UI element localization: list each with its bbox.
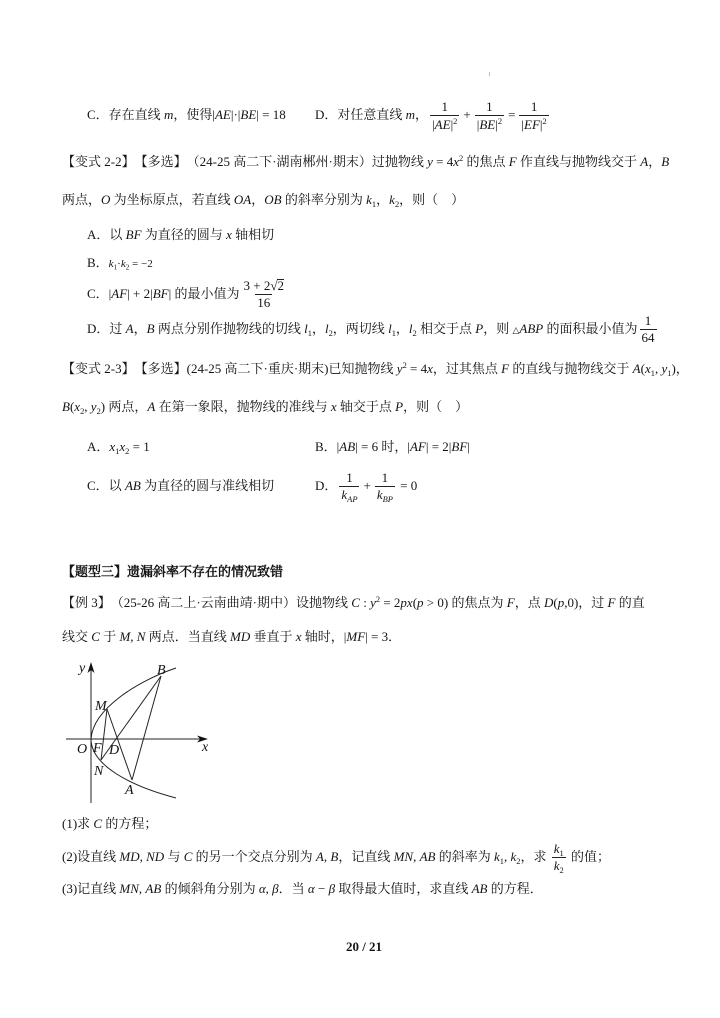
subscript: BP [383, 493, 393, 503]
question-text: 两点， [62, 190, 101, 210]
math-subscripted: k1 [366, 190, 376, 210]
math-var: BF [126, 225, 142, 245]
math-var: O [101, 190, 110, 210]
option-text: 的最小值为 [171, 284, 239, 304]
math-subscripted: k2 [510, 847, 520, 867]
label-m: M [94, 699, 108, 714]
math-op: = 2 [380, 593, 400, 613]
math-var: A [316, 847, 324, 867]
math-power: y2 [370, 593, 380, 613]
math-var: A [640, 152, 648, 172]
option-text: ，使得 [173, 105, 212, 125]
math-op: | = 2| [426, 437, 452, 457]
section-title: 【题型三】 遗漏斜率不存在的情况致错 [62, 562, 283, 582]
math-op: = 1 [129, 437, 149, 457]
math-op: = −2 [129, 254, 152, 274]
math-op: |·| [231, 105, 241, 125]
math-op: | = 18 [256, 105, 285, 125]
question-2: (2)设直线 MD , ND 与 C 的另一个交点分别为 A , B ，记直线 … [62, 847, 610, 867]
document-page: C． 存在直线 m ，使得 | AE |·| BE | = 18 D． 对任意直… [0, 0, 720, 1018]
question-text: 的倾斜角分别为 [161, 879, 259, 899]
option-label: D． [87, 319, 109, 339]
option-label: D． [315, 105, 337, 125]
math-var: OB [264, 190, 281, 210]
numerator: 1 [344, 470, 355, 486]
question-type-tag: 【多选】 [135, 152, 187, 172]
subscript: 2 [560, 864, 564, 874]
question-text: 设抛物线 [296, 593, 351, 613]
question-text: 为坐标原点，若直线 [110, 190, 234, 210]
math-subscripted: x2 [74, 397, 84, 417]
math-var: B [661, 152, 669, 172]
fraction: 1|EF|2 [519, 98, 548, 133]
option-text: ，则 [483, 319, 512, 339]
superscript: 2 [498, 115, 502, 125]
math-subscripted: l1 [304, 319, 312, 339]
math-subscripted: k2 [121, 254, 129, 274]
math-op: = [506, 105, 517, 125]
math-var: AB [420, 847, 436, 867]
math-var: F [501, 359, 509, 379]
question-text: 的方程； [102, 814, 157, 834]
question-source: (24-25 高二下·重庆·期末) [187, 359, 329, 379]
math-op: = 4 [407, 359, 427, 379]
math-subscripted: x1 [645, 359, 655, 379]
label-a: A [124, 783, 134, 798]
superscript: 2 [453, 115, 457, 125]
math-op: | + 2| [127, 284, 153, 304]
question-text: ， [648, 152, 661, 172]
math-var: C [93, 814, 102, 834]
question-text: 作直线与抛物线交于 [517, 152, 641, 172]
variant-tag: 【变式 2-3】 [62, 359, 135, 379]
option-text: 存在直线 [109, 105, 164, 125]
variant-2-2-option-a: A． 以 BF 为直径的圆与 x 轴相切 [87, 225, 274, 245]
numerator: 1 [484, 98, 495, 115]
question-text: 轴时， [302, 627, 344, 647]
fraction: 1kAP [339, 470, 359, 503]
option-text: 以 [109, 476, 125, 496]
variant-2-3-option-b: B． | AB | = 6 时， | AF | = 2| BF | [315, 437, 470, 457]
option-label: B． [315, 437, 337, 457]
question-text: 取得最大值时，求直线 [335, 879, 472, 899]
math-op: + [461, 105, 472, 125]
question-text: 的焦点 [463, 152, 509, 172]
math-op: | [467, 437, 470, 457]
fraction: k1k2 [552, 841, 566, 874]
math-op: = 0 [397, 476, 417, 496]
question-text: 与 [164, 847, 184, 867]
label-y: y [77, 661, 86, 676]
math-var: F [509, 152, 517, 172]
option-label: C． [87, 284, 109, 304]
math-var: B [330, 847, 338, 867]
math-op: 3 + 2 [243, 278, 270, 293]
math-var: AB [145, 879, 161, 899]
question-text: ，过其焦点 [433, 359, 501, 379]
question-text: 线交 [62, 627, 91, 647]
denominator: 16 [255, 294, 272, 311]
math-power: x2 [453, 152, 463, 172]
example-3-line1: 【例 3】 （25-26 高二上·云南曲靖·期中） 设抛物线 C : y2 = … [62, 593, 645, 613]
math-op: − [315, 879, 329, 899]
denominator: |EF|2 [519, 115, 548, 133]
option-label: C． [87, 105, 109, 125]
question-text: 轴交于点 [337, 397, 396, 417]
question-text: ，则（ ） [403, 397, 468, 417]
option-text: 对任意直线 [337, 105, 405, 125]
variant-tag: 【变式 2-2】 [62, 152, 135, 172]
math-var: C [91, 627, 100, 647]
label-d: D [108, 743, 119, 758]
option-text: 轴相切 [232, 225, 274, 245]
superscript: 2 [543, 115, 547, 125]
numerator: 1 [643, 313, 654, 329]
fraction: 1|BE|2 [475, 98, 504, 133]
math-var: MN [119, 879, 139, 899]
math-op: ,0) [564, 593, 578, 613]
question-text: 的焦点为 [448, 593, 507, 613]
question-text: (1)求 [62, 814, 93, 834]
math-op: | = 3 [365, 627, 388, 647]
parabola-figure: y x B M O F D N A [60, 655, 220, 810]
math-var: EF [524, 117, 540, 132]
question-text: ，记直线 [338, 847, 393, 867]
math-var: MD [119, 847, 139, 867]
denominator: |AE|2 [430, 115, 459, 133]
variant-2-2-line2: 两点， O 为坐标原点，若直线 OA ， OB 的斜率分别为 k1 ， k2 ，… [62, 190, 464, 210]
label-o: O [77, 742, 87, 757]
option-label: D． [315, 476, 337, 496]
math-subscripted: k1 [494, 847, 504, 867]
denominator: k2 [552, 857, 566, 874]
section-tag: 【题型三】 [62, 562, 127, 582]
option-text: | = 6 时， [355, 437, 407, 457]
question-text: 的值； [568, 847, 610, 867]
math-var: P [395, 397, 403, 417]
question-1: (1)求 C 的方程； [62, 814, 157, 834]
question-text: (3)记直线 [62, 879, 119, 899]
numerator: 1 [380, 470, 391, 486]
math-var: AE [435, 117, 451, 132]
question-source: （24-25 高二下·湖南郴州·期末） [187, 152, 372, 172]
option-label: B． [87, 253, 109, 273]
math-var: AF [410, 437, 426, 457]
numerator: 1 [529, 98, 540, 115]
question-text: 的另一个交点分别为 [192, 847, 316, 867]
variant-2-2-header: 【变式 2-2】 【多选】 （24-25 高二下·湖南郴州·期末） 过抛物线 y… [62, 152, 669, 172]
math-var: MN [394, 847, 414, 867]
variant-2-3-option-a: A． x1 x2 = 1 [87, 437, 150, 457]
question-text: ， [251, 190, 264, 210]
question-text: 于 [100, 627, 120, 647]
question-text: 的直线与抛物线交于 [509, 359, 633, 379]
math-var: C [184, 847, 193, 867]
math-var: F [608, 593, 616, 613]
question-text: ． [388, 627, 401, 647]
variant-2-3-header: 【变式 2-3】 【多选】 (24-25 高二下·重庆·期末) 已知抛物线 y2… [62, 359, 689, 379]
math-var: px [400, 593, 412, 613]
math-subscripted: k1 [109, 254, 117, 274]
math-var: A [126, 319, 134, 339]
math-subscripted: y2 [91, 397, 101, 417]
math-subscripted: y1 [661, 359, 671, 379]
math-var: N [137, 627, 146, 647]
denominator: 64 [640, 329, 657, 346]
math-subscripted: x2 [119, 437, 129, 457]
math-subscripted: k2 [389, 190, 399, 210]
option-text: 两点分别作抛物线的切线 [155, 319, 305, 339]
math-op: + [361, 476, 372, 496]
option-text: ， [396, 319, 409, 339]
scan-mark [489, 72, 490, 76]
option-text: 的面积最小值为 [543, 319, 637, 339]
math-var: α [308, 879, 315, 899]
question-text: 的方程． [487, 879, 542, 899]
math-subscripted: l2 [325, 319, 333, 339]
option-text: ， [312, 319, 325, 339]
numerator: k1 [552, 841, 566, 857]
math-var: M [119, 627, 130, 647]
math-var: ABP [519, 319, 543, 339]
variant-2-3-option-d: D． 1kAP + 1kBP = 0 [315, 476, 417, 496]
variant-2-3-option-c: C． 以 AB 为直径的圆与准线相切 [87, 476, 274, 496]
option-text: ， [134, 319, 147, 339]
math-op: : [360, 593, 370, 613]
math-var: AE [215, 105, 231, 125]
question-text: ， [676, 359, 689, 379]
option-text: 相交于点 [417, 319, 476, 339]
fraction: 1|AE|2 [430, 98, 459, 133]
question-text: 在第一象限，抛物线的准线与 [155, 397, 331, 417]
math-subscripted: l1 [388, 319, 396, 339]
question-text: ， [376, 190, 389, 210]
math-var: MF [346, 627, 365, 647]
question-text: 两点， [105, 397, 147, 417]
math-var: OA [234, 190, 251, 210]
option-text: 为直径的圆与 [142, 225, 227, 245]
question-text: 过抛物线 [372, 152, 427, 172]
math-var: BF [153, 284, 169, 304]
math-power: y2 [397, 359, 407, 379]
label-b: B [157, 663, 166, 678]
math-subscripted: x1 [109, 437, 119, 457]
question-text: ，则（ ） [399, 190, 464, 210]
math-var: A [633, 359, 641, 379]
math-var: m [164, 105, 173, 125]
math-var: B [62, 397, 70, 417]
fraction: 1kBP [375, 470, 395, 503]
option-text: 过 [109, 319, 125, 339]
question-text: ，过 [578, 593, 607, 613]
math-var: AB [125, 476, 141, 496]
option-text: 为直径的圆与准线相切 [141, 476, 274, 496]
prev-option-c: C． 存在直线 m ，使得 | AE |·| BE | = 18 [87, 105, 286, 125]
option-label: A． [87, 437, 109, 457]
math-var: F [507, 593, 515, 613]
math-var: AB [339, 437, 355, 457]
math-var: D [544, 593, 553, 613]
example-3-line2: 线交 C 于 M , N 两点．当直线 MD 垂直于 x 轴时， | MF | … [62, 627, 401, 647]
math-var: α [259, 879, 266, 899]
question-text: 已知抛物线 [329, 359, 397, 379]
math-var: BE [479, 117, 495, 132]
question-text: ．当 [279, 879, 308, 899]
numerator: 3 + 2√2 [241, 278, 285, 294]
subscript: AP [347, 493, 357, 503]
math-var: BE [240, 105, 256, 125]
math-var: AB [472, 879, 488, 899]
variant-2-3-line2: B ( x2 , y2 ) 两点， A 在第一象限，抛物线的准线与 x 轴交于点… [62, 397, 468, 417]
question-type-tag: 【多选】 [135, 359, 187, 379]
denominator: kAP [339, 486, 359, 503]
option-label: A． [87, 225, 109, 245]
math-var: MD [230, 627, 250, 647]
option-text: ， [415, 105, 428, 125]
math-subscripted: l2 [409, 319, 417, 339]
option-text: 以 [109, 225, 125, 245]
variant-2-2-option-b: B． k1 · k2 = −2 [87, 253, 153, 273]
math-var: BF [451, 437, 467, 457]
question-text: 的斜率分别为 [282, 190, 367, 210]
question-text: ，求 [520, 847, 549, 867]
math-var: m [406, 105, 415, 125]
math-var: P [475, 319, 483, 339]
question-text: 的斜率为 [435, 847, 494, 867]
question-text: ，点 [515, 593, 544, 613]
question-3: (3)记直线 MN , AB 的倾斜角分别为 α , β ．当 α − β 取得… [62, 879, 543, 899]
option-text: ，两切线 [333, 319, 388, 339]
math-var: ND [146, 847, 164, 867]
label-n: N [93, 764, 104, 779]
example-tag: 【例 3】 [62, 593, 111, 613]
sqrt-argument: 2 [277, 279, 284, 292]
question-text: (2)设直线 [62, 847, 119, 867]
denominator: |BE|2 [475, 115, 504, 133]
fraction: 3 + 2√216 [241, 278, 285, 311]
variant-2-2-option-d: D． 过 A ， B 两点分别作抛物线的切线 l1 ， l2 ，两切线 l1 ，… [87, 319, 659, 339]
sqrt-icon: √ [270, 278, 277, 293]
option-label: C． [87, 476, 109, 496]
math-op: = 4 [433, 152, 453, 172]
numerator: 1 [439, 98, 450, 115]
math-op: > 0) [424, 593, 449, 613]
math-var: AF [111, 284, 127, 304]
fraction: 164 [640, 313, 657, 346]
page-number: 20 / 21 [0, 937, 720, 957]
math-var: A [147, 397, 155, 417]
question-text: 的直 [616, 593, 645, 613]
denominator: kBP [375, 486, 395, 503]
label-x: x [201, 740, 209, 755]
question-text: 垂直于 [250, 627, 296, 647]
variant-2-2-option-c: C． | AF | + 2| BF | 的最小值为 3 + 2√216 [87, 284, 288, 304]
question-source: （25-26 高二上·云南曲靖·期中） [111, 593, 296, 613]
label-f: F [92, 741, 102, 756]
math-var: B [147, 319, 155, 339]
math-var: C [351, 593, 360, 613]
line-ba [132, 676, 161, 780]
prev-option-d: D． 对任意直线 m ， 1|AE|2 + 1|BE|2 = 1|EF|2 [315, 105, 551, 125]
section-title-text: 遗漏斜率不存在的情况致错 [127, 562, 283, 582]
question-text: 两点．当直线 [145, 627, 230, 647]
